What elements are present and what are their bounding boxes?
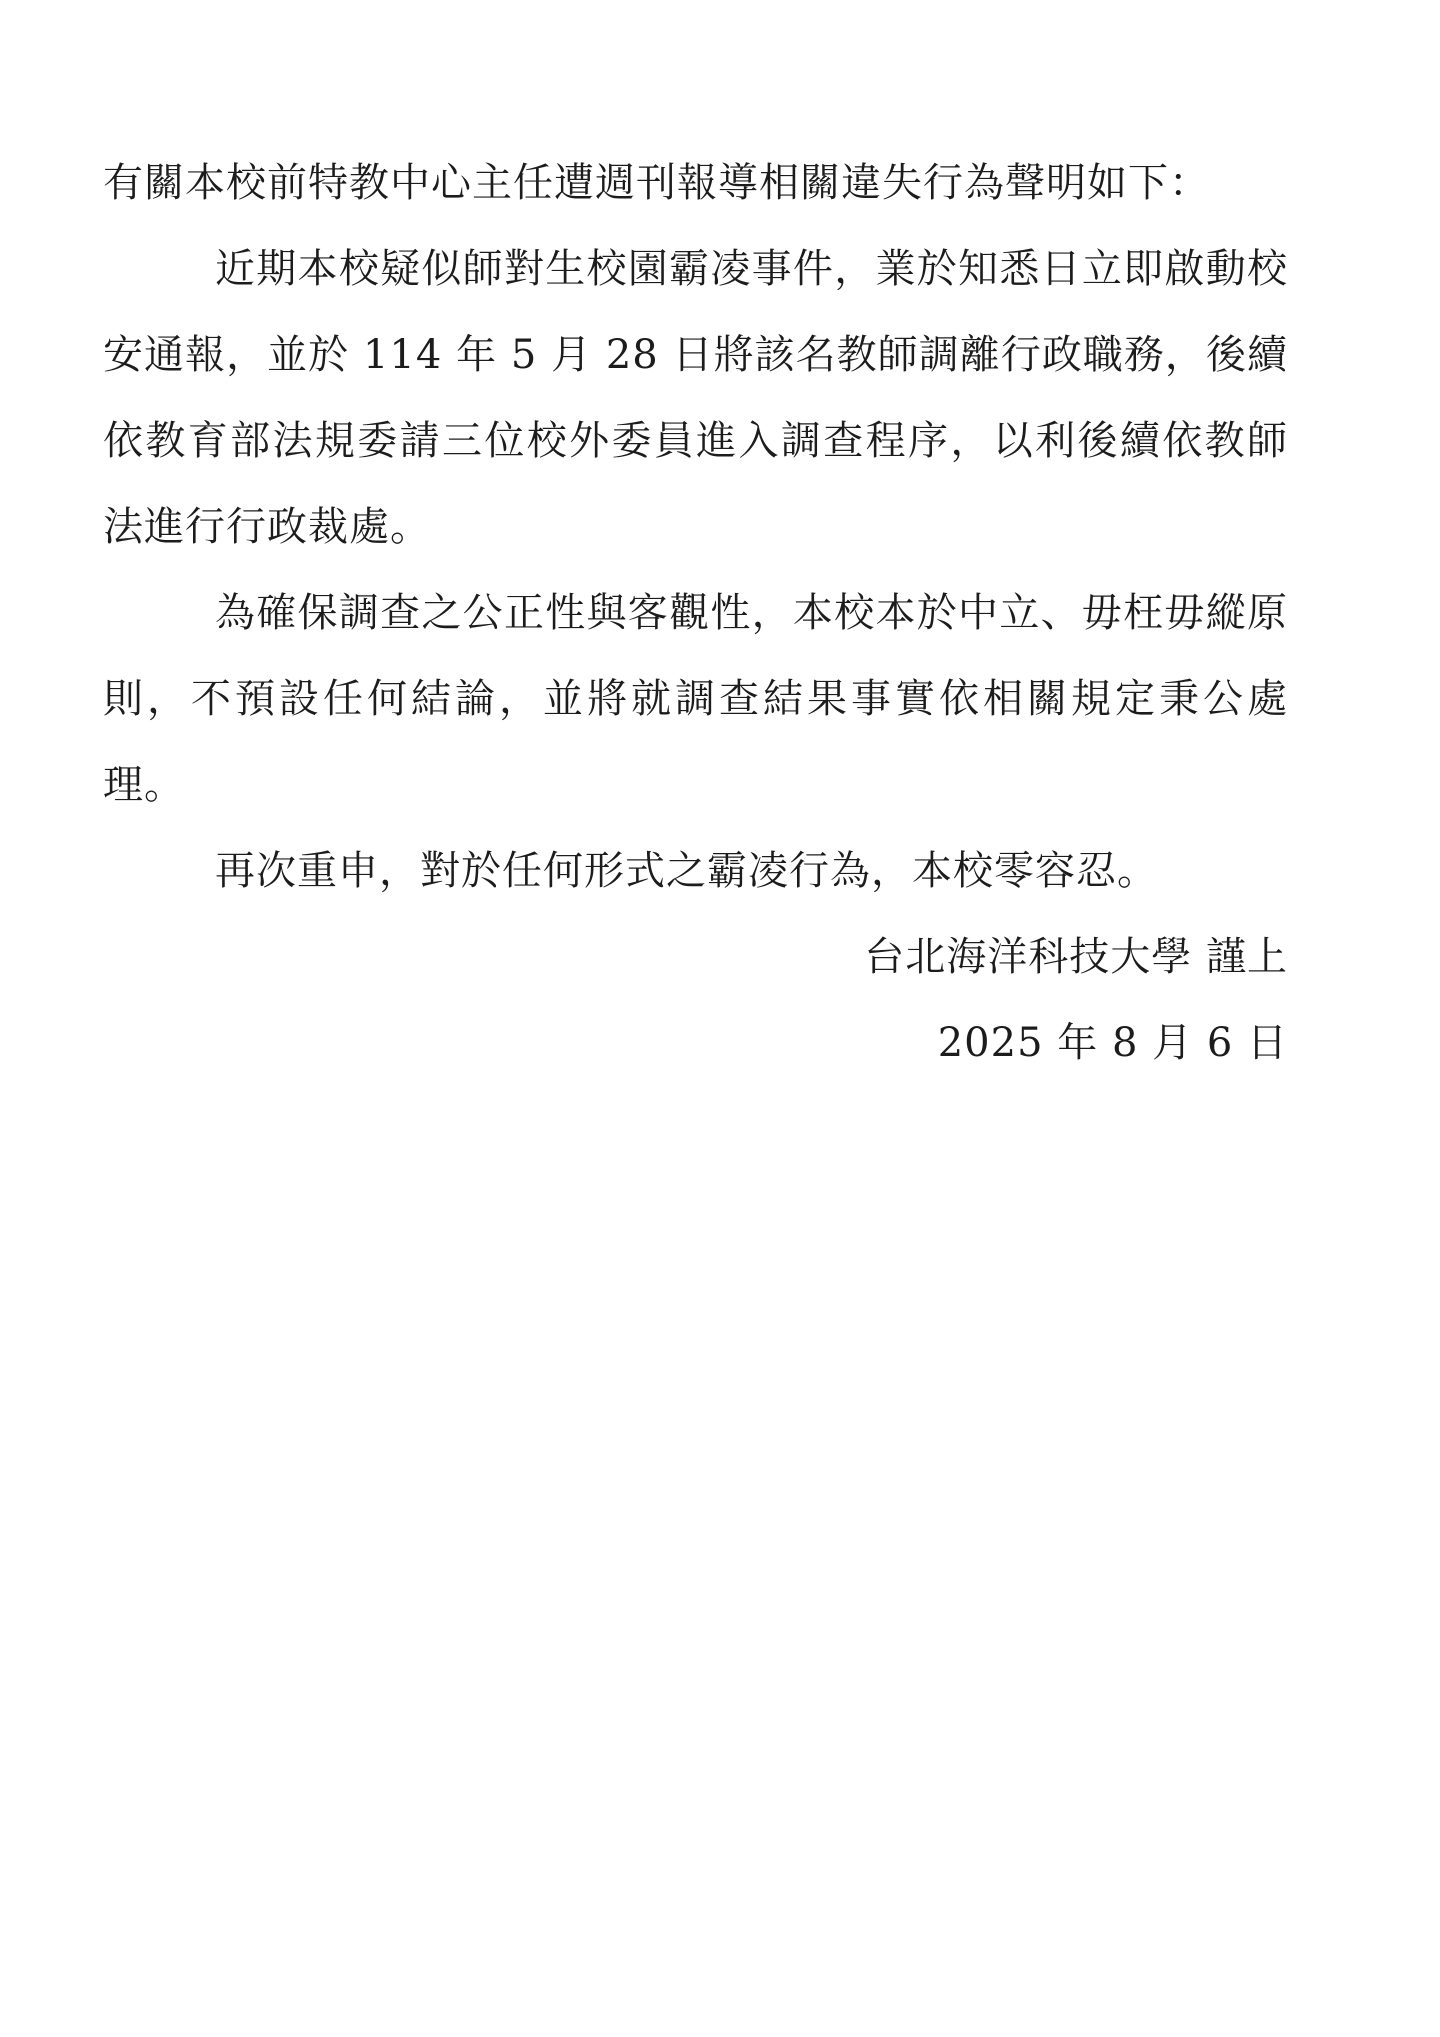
statement-paragraph-1: 近期本校疑似師對生校園霸凌事件，業於知悉日立即啟動校安通報，並於 114 年 5… — [103, 226, 1288, 570]
signature: 台北海洋科技大學 謹上 — [103, 914, 1288, 1000]
statement-document-page: 有關本校前特教中心主任遭週刊報導相關違失行為聲明如下： 近期本校疑似師對生校園霸… — [0, 0, 1440, 2037]
statement-paragraph-3: 再次重申，對於任何形式之霸凌行為，本校零容忍。 — [103, 828, 1288, 914]
statement-body: 有關本校前特教中心主任遭週刊報導相關違失行為聲明如下： 近期本校疑似師對生校園霸… — [103, 140, 1288, 1086]
date-line: 2025 年 8 月 6 日 — [103, 1000, 1288, 1086]
statement-paragraph-2: 為確保調查之公正性與客觀性，本校本於中立、毋枉毋縱原則，不預設任何結論，並將就調… — [103, 570, 1288, 828]
statement-title: 有關本校前特教中心主任遭週刊報導相關違失行為聲明如下： — [103, 140, 1288, 226]
